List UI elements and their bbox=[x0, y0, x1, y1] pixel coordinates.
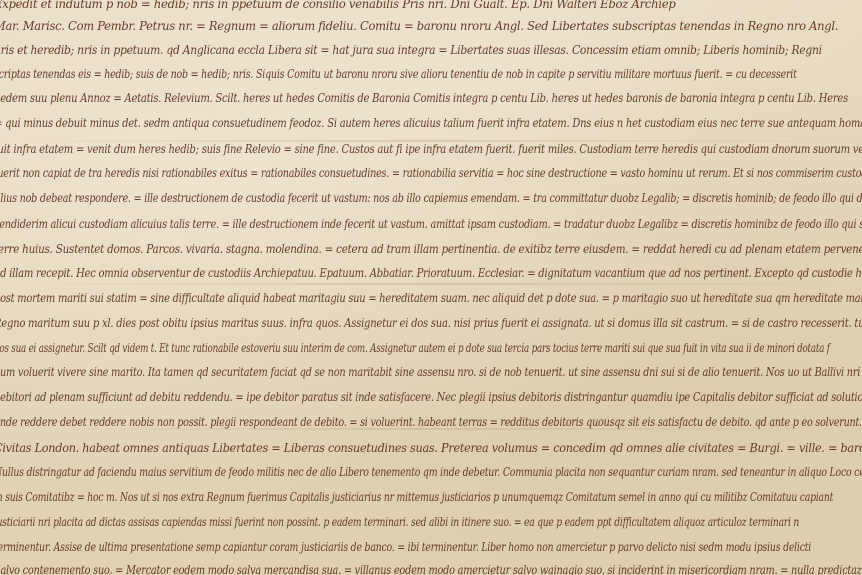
manuscript-line: terminentur. Assise de ultima presentati… bbox=[0, 539, 811, 554]
manuscript-line: Mar. Marisc. Com Pembr. Petrus nr. = Reg… bbox=[0, 18, 838, 33]
manuscript-line: nris et heredib; nris in ppetuum. qd Ang… bbox=[0, 42, 822, 57]
manuscript-line: Civitas London. habeat omnes antiquas Li… bbox=[0, 440, 862, 455]
manuscript-line: Illius nob debeat respondere. = ille des… bbox=[0, 190, 862, 205]
manuscript-line: dos sua ei assignetur. Scilt qd videm t.… bbox=[0, 340, 830, 355]
manuscript-line: unde reddere debet reddere nobis non pos… bbox=[0, 414, 862, 429]
manuscript-line: fuerit non capiat de tra heredis nisi ra… bbox=[0, 165, 862, 180]
manuscript-line: hedem suu plenu Annoz = Aetatis. Releviu… bbox=[0, 90, 848, 105]
manuscript-line: Salvo contenemento suo. = Mercator eodem… bbox=[0, 562, 862, 575]
manuscript-line: = qui minus debuit minus det. sedm antiq… bbox=[0, 115, 862, 130]
manuscript-line: Nullus distringatur ad faciendu maius se… bbox=[0, 464, 862, 479]
manuscript-parchment: Expedit et indutum p nob = hedib; nris i… bbox=[0, 0, 862, 575]
manuscript-line: fuit infra etatem = venit dum heres hedi… bbox=[0, 141, 862, 156]
manuscript-line: justiciarii nri placita ad dictas assisa… bbox=[0, 514, 799, 529]
manuscript-line: vendiderim alicui custodiam alicuius tal… bbox=[0, 216, 862, 231]
manuscript-line: Expedit et indutum p nob = hedib; nris i… bbox=[0, 0, 676, 11]
manuscript-line: post mortem mariti sui statim = sine dif… bbox=[0, 290, 862, 305]
manuscript-line: debitori ad plenam sufficiunt ad debitu … bbox=[0, 389, 862, 404]
manuscript-line: scriptas tenendas eis = hedib; suis de n… bbox=[0, 66, 797, 81]
manuscript-line: terre huius. Sustentet domos. Parcos. vi… bbox=[0, 241, 862, 256]
manuscript-line: in suis Comitatibz = hoc m. Nos ut si no… bbox=[0, 489, 833, 504]
manuscript-line: Regno maritum suu p xl. dies post obitu … bbox=[0, 315, 862, 330]
manuscript-line: dum voluerit vivere sine marito. Ita tam… bbox=[0, 364, 860, 379]
manuscript-line: qd illam recepit. Hec omnia observentur … bbox=[0, 265, 862, 280]
parchment-fold-line bbox=[0, 283, 862, 285]
